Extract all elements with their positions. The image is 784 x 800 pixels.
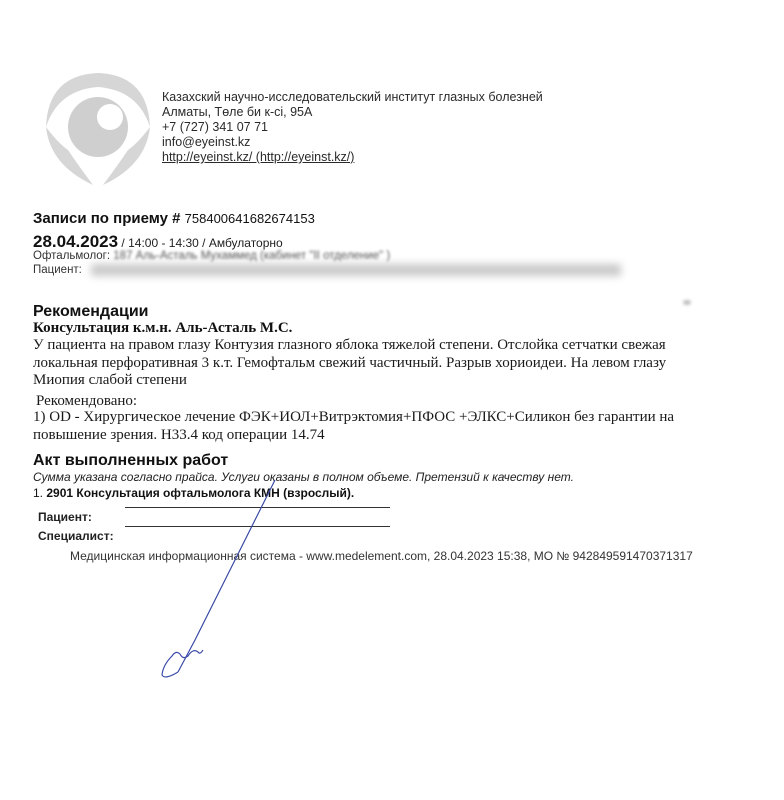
record-time-type: / 14:00 - 14:30 / Амбулаторно [118,236,283,250]
record-date: 28.04.2023 [33,232,118,251]
consult-line: локальная перфоративная 3 к.т. Гемофталь… [33,355,753,373]
recommended-item: 1) OD - Хирургическое лечение ФЭК+ИОЛ+Ви… [33,409,763,444]
record-title: Записи по приему # 758400641682674153 [33,210,315,227]
act-heading: Акт выполненных работ [33,452,228,470]
act-note: Сумма указана согласно прайса. Услуги ок… [33,470,574,484]
institute-header: Казахский научно-исследовательский инсти… [162,90,543,165]
consult-line: Миопия слабой степени [33,372,753,390]
recommended-line: повышение зрения. H33.4 код операции 14.… [33,427,763,445]
patient-label: Пациент: [33,264,82,276]
act-item-prefix: 1. [33,486,46,500]
doctor-line: Офтальмолог: 187 Аль-Асталь Мухаммед (ка… [33,250,390,262]
act-item-text: 2901 Консультация офтальмолога КМН (взро… [46,486,354,500]
specialist-signature-label: Специалист: [38,529,114,543]
patient-signature-line [125,507,390,508]
patient-line: Пациент: [33,264,621,276]
consult-title: Консультация к.м.н. Аль-Асталь М.С. [33,320,292,337]
footer-system-info: Медицинская информационная система - www… [70,549,693,563]
consult-body: У пациента на правом глазу Контузия глаз… [33,337,753,390]
institute-name: Казахский научно-исследовательский инсти… [162,90,543,105]
record-date-line: 28.04.2023 / 14:00 - 14:30 / Амбулаторно [33,232,283,252]
institute-email: info@eyeinst.kz [162,135,543,150]
specialist-signature-line [125,526,390,527]
doctor-value: 187 Аль-Асталь Мухаммед (кабинет "II отд… [113,250,390,262]
act-item: 1. 2901 Консультация офтальмолога КМН (в… [33,486,354,500]
patient-redacted [91,264,621,276]
consult-line: У пациента на правом глазу Контузия глаз… [33,337,753,355]
institute-logo [38,65,158,190]
scan-speck [683,300,691,305]
recommendations-heading: Рекомендации [33,303,149,321]
patient-signature-label: Пациент: [38,510,92,524]
institute-phone: +7 (727) 341 07 71 [162,120,543,135]
record-number: 758400641682674153 [185,211,315,226]
recommended-line: 1) OD - Хирургическое лечение ФЭК+ИОЛ+Ви… [33,409,763,427]
recommended-label: Рекомендовано: [36,393,137,410]
institute-website-link[interactable]: http://eyeinst.kz/ (http://eyeinst.kz/) [162,150,543,165]
institute-address: Алматы, Төле би к-сі, 95А [162,105,543,120]
doctor-label: Офтальмолог: [33,250,110,262]
eye-in-hands-logo-icon [38,65,158,190]
record-title-label: Записи по приему # [33,210,180,227]
